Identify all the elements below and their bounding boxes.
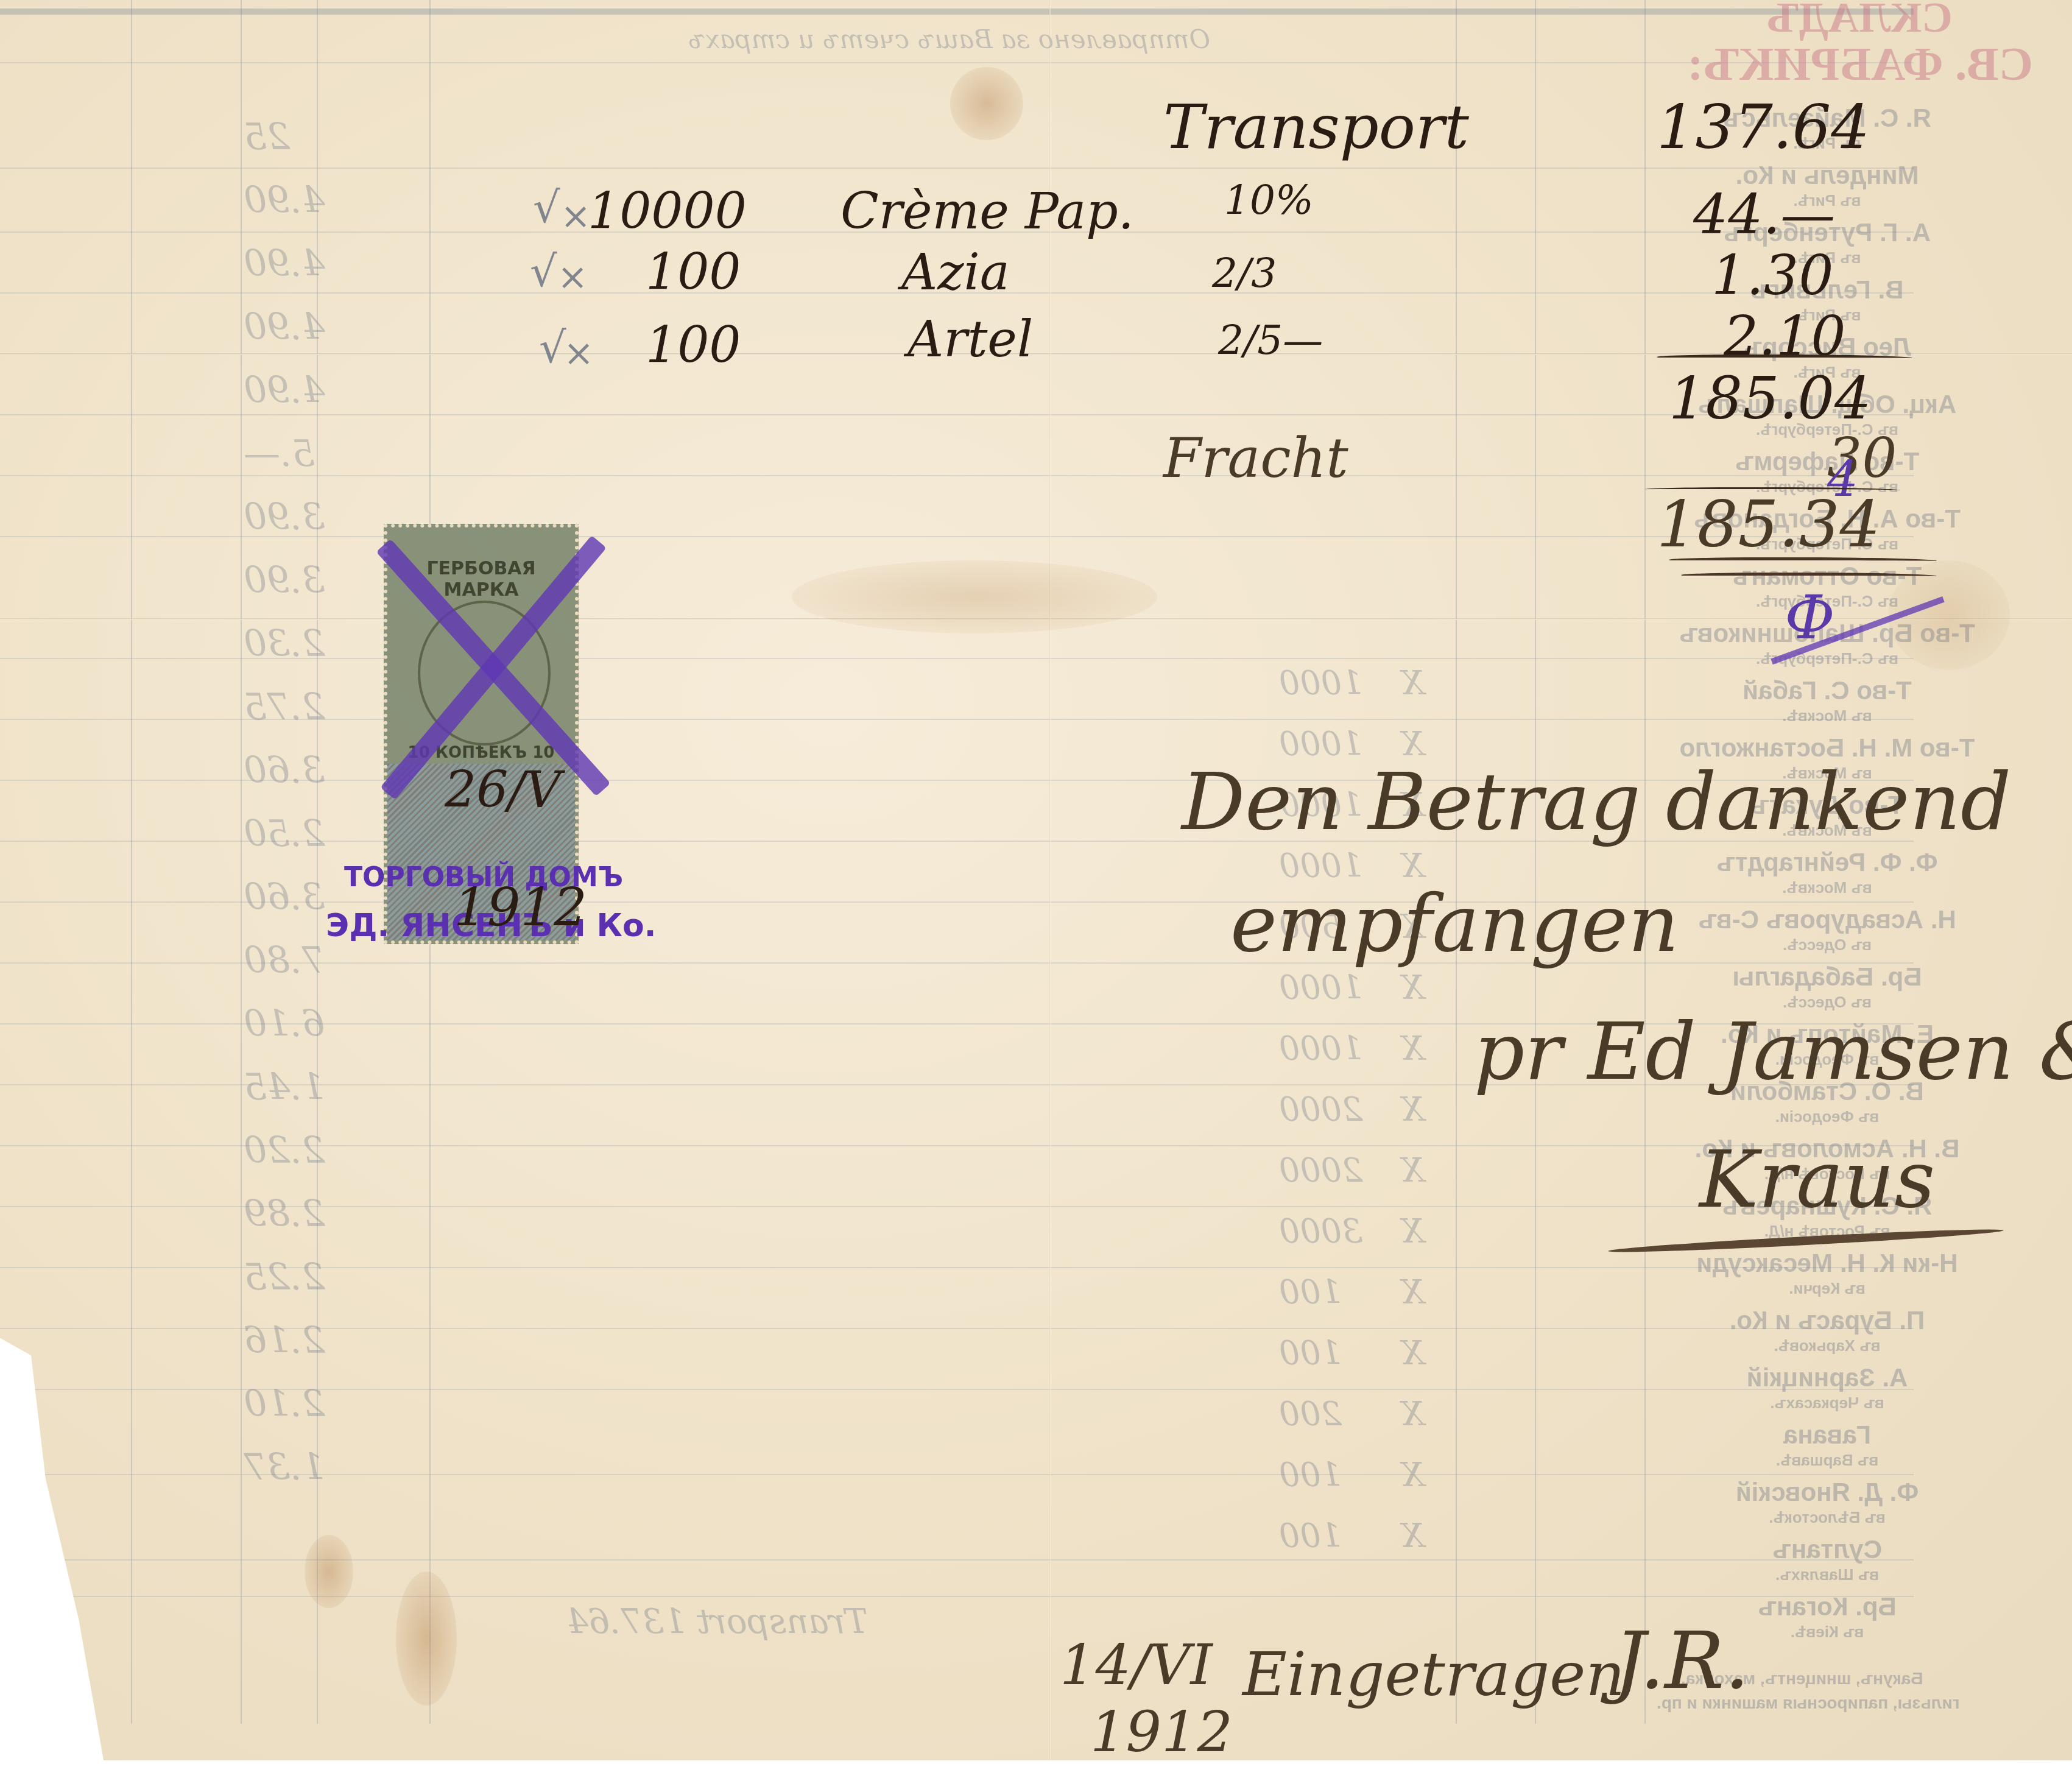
- ghost-header-title: Отправлено за Вашъ счетъ и страхъ: [688, 24, 1210, 54]
- ghost-cross-mark-icon: X: [1401, 968, 1424, 1007]
- paper-fold: [1049, 0, 1051, 1760]
- ghost-mid-quantity: 1000: [1279, 968, 1362, 1007]
- ghost-company-city: въ Харьковѣ.: [1657, 1336, 1998, 1355]
- subtotal-amount: 185.04: [1669, 365, 1871, 432]
- ledger-rule: [1535, 0, 1536, 1724]
- cross-mark-icon: ×: [557, 256, 588, 298]
- ghost-mid-quantity: 1000: [1279, 664, 1362, 702]
- ghost-mid-quantity: 200: [1279, 1395, 1342, 1433]
- ghost-left-value: 6.10: [244, 1003, 325, 1045]
- check-mark-icon: √: [533, 183, 560, 233]
- item-amount: 44.—: [1693, 183, 1835, 247]
- ghost-company-city: въ Варшавѣ.: [1657, 1451, 1998, 1470]
- ghost-left-value: 1.45: [244, 1066, 325, 1109]
- item-quantity: 100: [646, 317, 741, 375]
- ghost-left-value: 1.37: [244, 1446, 325, 1489]
- entry-date: 14/VI: [1060, 1632, 1213, 1698]
- ghost-mid-quantity: 100: [1279, 1456, 1342, 1494]
- ghost-mid-quantity: 1000: [1279, 1029, 1362, 1068]
- ghost-transport-footer: Transport 137.64: [566, 1602, 868, 1642]
- ghost-company-name: Н-ки К. Н. Месаксуди: [1657, 1249, 1998, 1278]
- ghost-left-value: 2.75: [244, 686, 325, 728]
- header-rule: [0, 62, 1914, 63]
- item-description: Crème Pap.: [840, 183, 1134, 241]
- ghost-company-name: А. Зарницкій: [1657, 1363, 1998, 1392]
- stamp-date-top: 26/V: [445, 761, 561, 819]
- ghost-mid-quantity: 100: [1279, 1517, 1342, 1555]
- entry-year: 1912: [1090, 1699, 1233, 1765]
- ghost-company-city: въ Шавляхъ.: [1657, 1565, 1998, 1584]
- stamp-date-bottom: 1912: [454, 877, 587, 938]
- ghost-company-name: Султанъ: [1657, 1535, 1998, 1564]
- header-rule: [0, 9, 1914, 15]
- ledger-rule: [1456, 0, 1457, 1724]
- ghost-left-value: 2.50: [244, 813, 325, 855]
- item-rate: 2/5—: [1218, 317, 1323, 364]
- freight-label: Fracht: [1163, 426, 1348, 490]
- ledger-rule: [1644, 0, 1646, 1724]
- ghost-left-value: 2.25: [244, 1256, 325, 1299]
- ghost-company-city: въ Феодосіи.: [1657, 1107, 1998, 1126]
- ledger-rule: [131, 0, 132, 1724]
- ghost-left-value: 7.80: [244, 939, 325, 982]
- cross-mark-icon: ×: [560, 195, 591, 238]
- ghost-cross-mark-icon: X: [1401, 1517, 1424, 1555]
- ghost-cross-mark-icon: X: [1401, 1395, 1424, 1433]
- ghost-left-value: 5.—: [244, 432, 315, 475]
- stain: [396, 1572, 457, 1706]
- document-paper: Отправлено за Вашъ счетъ и страхъ СКЛАДЪ…: [0, 0, 2072, 1760]
- item-rate: 10%: [1224, 177, 1314, 224]
- ledger-rule: [0, 168, 1914, 169]
- ghost-mid-quantity: 3000: [1279, 1212, 1362, 1251]
- ghost-left-value: 2.10: [244, 1383, 325, 1425]
- ghost-company-name: Ф. Ф. Рейнгардтъ: [1657, 848, 1998, 877]
- ghost-left-value: 3.60: [244, 749, 325, 792]
- ghost-company-name: Т-во С. Габай: [1657, 676, 1998, 705]
- ledger-rule: [0, 475, 1914, 476]
- ghost-left-value: 25: [244, 116, 290, 158]
- item-description: Azia: [901, 244, 1010, 302]
- ghost-mid-quantity: 100: [1279, 1334, 1342, 1372]
- ghost-left-value: 2.20: [244, 1129, 325, 1172]
- item-quantity: 100: [646, 244, 741, 302]
- ghost-left-value: 4.90: [244, 369, 325, 412]
- ghost-cross-mark-icon: X: [1401, 1029, 1424, 1068]
- ghost-mid-quantity: 2000: [1279, 1151, 1362, 1190]
- ghost-mid-quantity: 100: [1279, 1273, 1342, 1311]
- ghost-mid-quantity: 2000: [1279, 1090, 1362, 1129]
- ghost-company-city: въ Черкасахъ.: [1657, 1394, 1998, 1413]
- item-quantity: 10000: [588, 183, 747, 241]
- ledger-rule: [241, 0, 242, 1724]
- ghost-left-value: 4.90: [244, 306, 325, 348]
- ghost-left-value: 3.90: [244, 496, 325, 538]
- ghost-company-name: П. Бурасъ и Ко.: [1657, 1306, 1998, 1335]
- cross-mark-icon: ×: [563, 332, 594, 375]
- check-mark-icon: √: [539, 323, 566, 373]
- ghost-red-heading-2: СВ. ФАБРИКЪ:: [1687, 37, 2033, 91]
- receipt-line-3: pr Ed Jamsen & Co.: [1474, 1005, 2072, 1098]
- ghost-company-name: Гавана: [1657, 1420, 1998, 1450]
- ledger-rule: [0, 414, 1914, 415]
- ghost-left-value: 2.16: [244, 1319, 325, 1362]
- ghost-left-value: 3.60: [244, 876, 325, 919]
- stain: [305, 1535, 353, 1608]
- ghost-company-city: въ Москвѣ.: [1657, 878, 1998, 897]
- item-description: Artel: [907, 311, 1033, 369]
- ghost-cross-mark-icon: X: [1401, 1090, 1424, 1129]
- check-mark-icon: √: [530, 247, 557, 297]
- ghost-cross-mark-icon: X: [1401, 1212, 1424, 1251]
- entry-initials: J.R.: [1614, 1614, 1750, 1707]
- ghost-cross-mark-icon: X: [1401, 1456, 1424, 1494]
- transport-label: Transport: [1163, 91, 1469, 163]
- ghost-cross-mark-icon: X: [1401, 1151, 1424, 1190]
- ghost-company-city: въ Москвѣ.: [1657, 707, 1998, 725]
- stain: [792, 560, 1157, 633]
- ghost-company-city: въ Керчи.: [1657, 1279, 1998, 1298]
- ghost-company-name: Н. Асвадуровъ С-въ: [1657, 905, 1998, 934]
- receipt-line-2: empfangen: [1230, 877, 1679, 970]
- stain: [950, 67, 1023, 140]
- ghost-cross-mark-icon: X: [1401, 1273, 1424, 1311]
- ghost-left-value: 4.90: [244, 179, 325, 222]
- ghost-company-city: въ Бѣлостокѣ.: [1657, 1508, 1998, 1527]
- ledger-rule: [0, 1596, 1914, 1597]
- ghost-company-city: въ Одессѣ.: [1657, 936, 1998, 954]
- ledger-rule: [0, 1559, 1914, 1561]
- ghost-left-value: 2.30: [244, 623, 325, 665]
- item-rate: 2/3: [1212, 250, 1277, 297]
- ghost-cross-mark-icon: X: [1401, 664, 1424, 702]
- ghost-company-name: Ф. Д. Яновскій: [1657, 1478, 1998, 1507]
- ghost-left-value: 4.90: [244, 242, 325, 285]
- entry-text: Eingetragen: [1242, 1639, 1625, 1710]
- transport-amount: 137.64: [1657, 91, 1870, 163]
- total-amount: 185.34: [1657, 487, 1880, 562]
- ghost-left-value: 2.89: [244, 1193, 325, 1235]
- signature: Kraus: [1699, 1133, 1935, 1226]
- receipt-line-1: Den Betrag dankend: [1182, 755, 2011, 848]
- ghost-cross-mark-icon: X: [1401, 1334, 1424, 1372]
- item-amount: 1.30: [1711, 244, 1833, 308]
- ghost-company-name: Бр. Бабадаглы: [1657, 962, 1998, 992]
- ghost-left-value: 3.90: [244, 559, 325, 602]
